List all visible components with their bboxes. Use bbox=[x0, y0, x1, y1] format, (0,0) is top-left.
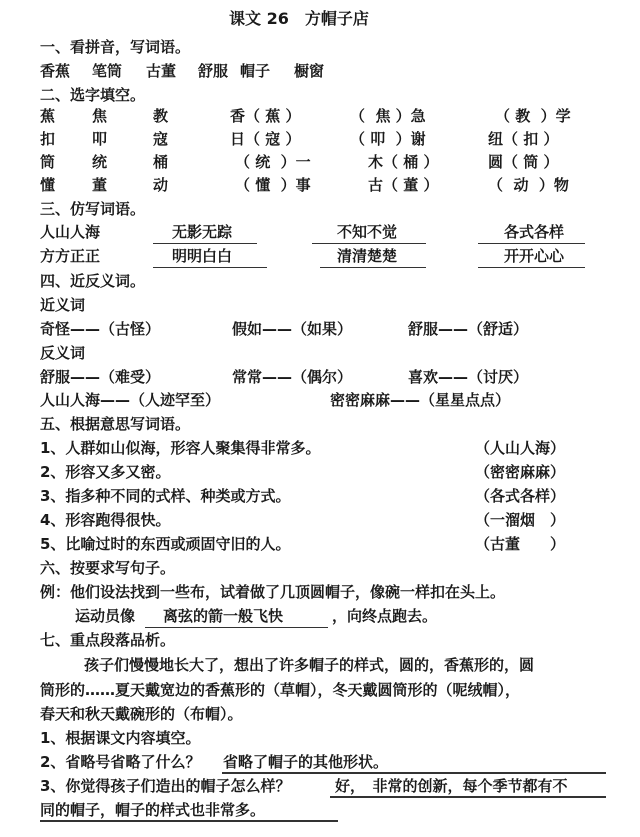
char: 董 bbox=[92, 176, 107, 194]
fill-answer: 香（ 蕉 ） bbox=[230, 107, 300, 125]
definition-question: 5、比喻过时的东西或顽固守旧的人。 bbox=[40, 535, 290, 553]
fill-answer: （ 动 ）物 bbox=[488, 176, 569, 194]
fill-answer: （ 教 ）学 bbox=[495, 107, 571, 125]
sentence-prefix: 运动员像 bbox=[75, 607, 135, 625]
answer-underline bbox=[153, 243, 257, 244]
example-sentence: 例：他们设法找到一些布，试着做了几顶圆帽子，像碗一样扣在头上。 bbox=[40, 583, 505, 601]
section-7-heading: 七、重点段落品析。 bbox=[40, 631, 175, 649]
answer-underline bbox=[478, 243, 585, 244]
antonym-pair: 密密麻麻——（星星点点） bbox=[330, 391, 510, 409]
char: 筒 bbox=[40, 153, 55, 171]
char: 统 bbox=[92, 153, 107, 171]
fill-answer: （ 统 ）一 bbox=[235, 153, 311, 171]
char: 懂 bbox=[40, 176, 55, 194]
fill-answer: 古（ 董 ） bbox=[368, 176, 438, 194]
fill-answer: 纽（ 扣 ） bbox=[488, 130, 558, 148]
antonym-pair: 舒服——（难受） bbox=[40, 368, 160, 386]
char: 教 bbox=[153, 107, 168, 125]
pattern-word: 方方正正 bbox=[40, 247, 100, 265]
definition-answer: （人山人海） bbox=[475, 439, 565, 457]
word: 笔筒 bbox=[92, 62, 122, 80]
fill-answer: （ 焦 ）急 bbox=[350, 107, 426, 125]
synonym-label: 近义词 bbox=[40, 296, 85, 314]
answer-underline bbox=[40, 820, 338, 822]
char: 寇 bbox=[153, 130, 168, 148]
section-4-heading: 四、近反义词。 bbox=[40, 272, 145, 290]
synonym-pair: 舒服——（舒适） bbox=[408, 320, 528, 338]
definition-answer: （古董 ） bbox=[475, 535, 565, 553]
answer-underline bbox=[145, 627, 328, 628]
section-3-heading: 三、仿写词语。 bbox=[40, 200, 145, 218]
passage-line: 孩子们慢慢地长大了，想出了许多帽子的样式，圆的，香蕉形的，圆 bbox=[84, 656, 534, 674]
fill-answer: 木（ 桶 ） bbox=[368, 153, 438, 171]
imitation-answer: 清清楚楚 bbox=[337, 247, 397, 265]
word: 舒服 bbox=[198, 62, 228, 80]
word: 帽子 bbox=[240, 62, 270, 80]
word: 香蕉 bbox=[40, 62, 70, 80]
section-5-heading: 五、根据意思写词语。 bbox=[40, 415, 190, 433]
word: 古董 bbox=[146, 62, 176, 80]
char: 动 bbox=[153, 176, 168, 194]
sentence-answer: 离弦的箭一般飞快 bbox=[163, 607, 283, 625]
answer-underline bbox=[222, 772, 606, 774]
synonym-pair: 奇怪——（古怪） bbox=[40, 320, 160, 338]
section-1-heading: 一、看拼音，写词语。 bbox=[40, 38, 190, 56]
fill-answer: 圆（ 筒 ） bbox=[488, 153, 558, 171]
imitation-answer: 不知不觉 bbox=[337, 223, 397, 241]
definition-question: 3、指多种不同的式样、种类或方式。 bbox=[40, 487, 290, 505]
answer-underline bbox=[330, 796, 606, 798]
imitation-answer: 明明白白 bbox=[172, 247, 232, 265]
section-6-heading: 六、按要求写句子。 bbox=[40, 559, 175, 577]
passage-line: 筒形的……夏天戴宽边的香蕉形的（草帽），冬天戴圆筒形的（呢绒帽）， bbox=[40, 681, 520, 699]
imitation-answer: 无影无踪 bbox=[172, 223, 232, 241]
page-title: 课文 26 方帽子店 bbox=[229, 10, 369, 28]
synonym-pair: 假如——（如果） bbox=[232, 320, 352, 338]
word: 橱窗 bbox=[294, 62, 324, 80]
definition-question: 4、形容跑得很快。 bbox=[40, 511, 170, 529]
question-2: 2、省略号省略了什么？ bbox=[40, 753, 200, 771]
definition-answer: （密密麻麻） bbox=[475, 463, 565, 481]
section-2-heading: 二、选字填空。 bbox=[40, 86, 145, 104]
imitation-answer: 各式各样 bbox=[504, 223, 564, 241]
antonym-pair: 人山人海——（人迹罕至） bbox=[40, 391, 220, 409]
sentence-suffix: ，向终点跑去。 bbox=[332, 607, 437, 625]
answer-3-line-1: 好， 非常的创新，每个季节都有不 bbox=[335, 777, 568, 795]
antonym-label: 反义词 bbox=[40, 344, 85, 362]
antonym-pair: 喜欢——（讨厌） bbox=[408, 368, 528, 386]
definition-answer: （一溜烟 ） bbox=[475, 511, 565, 529]
char: 叩 bbox=[92, 130, 107, 148]
answer-underline bbox=[320, 267, 426, 268]
antonym-pair: 常常——（偶尔） bbox=[232, 368, 352, 386]
char: 蕉 bbox=[40, 107, 55, 125]
answer-underline bbox=[478, 267, 585, 268]
question-3: 3、你觉得孩子们造出的帽子怎么样？ bbox=[40, 777, 290, 795]
char: 桶 bbox=[153, 153, 168, 171]
char: 焦 bbox=[92, 107, 107, 125]
definition-question: 1、人群如山似海，形容人聚集得非常多。 bbox=[40, 439, 320, 457]
fill-answer: （ 懂 ）事 bbox=[235, 176, 311, 194]
imitation-answer: 开开心心 bbox=[504, 247, 564, 265]
answer-underline bbox=[153, 267, 267, 268]
answer-2: 省略了帽子的其他形状。 bbox=[223, 753, 388, 771]
passage-line: 春天和秋天戴碗形的（布帽）。 bbox=[40, 705, 243, 723]
pattern-word: 人山人海 bbox=[40, 223, 100, 241]
fill-answer: 日（ 寇 ） bbox=[230, 130, 300, 148]
answer-3-line-2: 同的帽子，帽子的样式也非常多。 bbox=[40, 801, 265, 819]
fill-answer: （ 叩 ）谢 bbox=[350, 130, 426, 148]
question-1: 1、根据课文内容填空。 bbox=[40, 729, 200, 747]
answer-underline bbox=[312, 243, 426, 244]
definition-answer: （各式各样） bbox=[475, 487, 565, 505]
definition-question: 2、形容又多又密。 bbox=[40, 463, 170, 481]
char: 扣 bbox=[40, 130, 55, 148]
